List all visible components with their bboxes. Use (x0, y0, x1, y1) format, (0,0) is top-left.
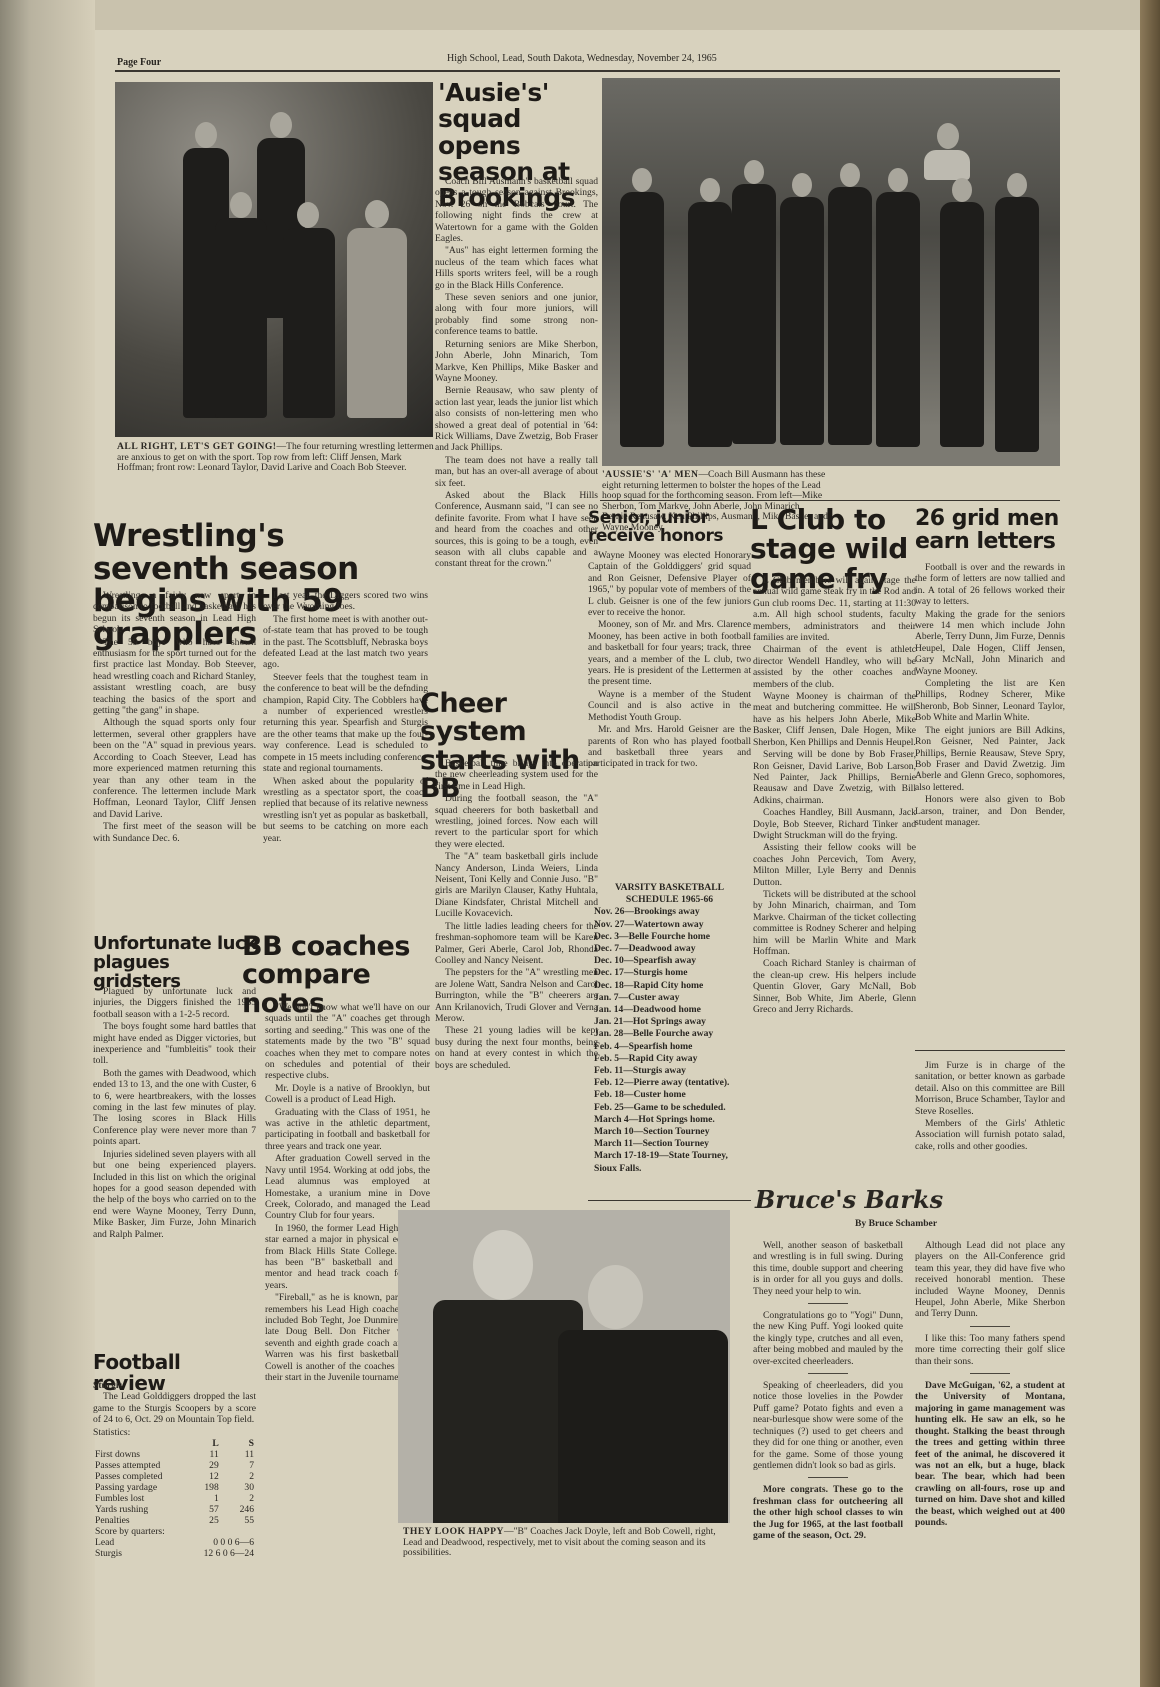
schedule-item: Jan. 28—Belle Fourche away (594, 1028, 751, 1040)
table-row: Penalties2555 (93, 1515, 256, 1526)
table-row: Sturgis12 6 0 6—24 (93, 1548, 256, 1559)
schedule-item: Jan. 21—Hot Springs away (594, 1016, 751, 1028)
football-stats-table: LS First downs1111 Passes attempted297 P… (93, 1438, 256, 1559)
aussies-team-photo (602, 78, 1060, 466)
page-label: Page Four (117, 57, 161, 68)
schedule-item: Feb. 5—Rapid City away (594, 1053, 751, 1065)
schedule-item: Jan. 14—Deadwood home (594, 1004, 751, 1016)
wrestling-article-col2: Last year, the Diggers scored two wins o… (263, 590, 428, 845)
cheer-article: Basketball time brings into operation th… (435, 758, 598, 1072)
table-row: First downs1111 (93, 1449, 256, 1460)
newspaper-page: Page Four High School, Lead, South Dakot… (95, 30, 1140, 1687)
table-row: Yards rushing57246 (93, 1504, 256, 1515)
next-page-edge (1140, 0, 1160, 1687)
football-review-article: Sturgis The Lead Golddiggers dropped the… (93, 1380, 256, 1559)
schedule-rule (588, 1200, 751, 1201)
table-row: Passes completed122 (93, 1471, 256, 1482)
coaches-photo (398, 1210, 730, 1523)
schedule-item: Dec. 3—Belle Fourche home (594, 931, 751, 943)
table-row: Lead0 0 0 6—6 (93, 1537, 256, 1548)
schedule-item: Jan. 7—Custer away (594, 992, 751, 1004)
bruces-barks-headline: Bruce's Barks (755, 1185, 1055, 1214)
schedule-item: March 11—Section Tourney (594, 1138, 751, 1150)
schedule-item: Dec. 17—Sturgis home (594, 967, 751, 979)
page-binding-edge (0, 0, 95, 1687)
table-row: Passing yardage19830 (93, 1482, 256, 1493)
wrestling-article-col1: Wrestling, a fairly new sport in compari… (93, 590, 256, 845)
grid-letters-headline: 26 grid men earn letters (915, 507, 1065, 553)
grid-letters-article: Football is over and the rewards in the … (915, 562, 1065, 829)
schedule-item: March 4—Hot Springs home. (594, 1114, 751, 1126)
schedule-item: Nov. 27—Watertown away (594, 919, 751, 931)
schedule-item: Feb. 4—Spearfish home (594, 1041, 751, 1053)
bruces-barks-col2: Although Lead did not place any players … (915, 1240, 1065, 1529)
wrestling-photo-caption: ALL RIGHT, LET'S GET GOING!—The four ret… (117, 442, 435, 474)
masthead-rule (115, 70, 1060, 72)
ausies-article: Coach Bill Ausmann's basketball squad op… (435, 176, 598, 571)
gridsters-headline: Unfortunate luck plagues gridsters (93, 935, 258, 992)
schedule-item: March 17-18-19—State Tourney, Sioux Fall… (594, 1150, 751, 1174)
honors-article: Wayne Mooney was elected Honorary Captai… (588, 550, 751, 771)
schedule-item: Dec. 18—Rapid City home (594, 980, 751, 992)
schedule-item: Nov. 26—Brookings away (594, 906, 751, 918)
gridsters-article: Plagued by unfortunate luck and injuries… (93, 986, 256, 1241)
grid-letters-rule (915, 1050, 1065, 1051)
honors-headline: Senior, junior receive honors (588, 510, 748, 546)
basketball-schedule: VARSITY BASKETBALL SCHEDULE 1965-66 Nov.… (588, 882, 751, 1175)
schedule-item: Feb. 25—Game to be scheduled. (594, 1102, 751, 1114)
schedule-item: March 10—Section Tourney (594, 1126, 751, 1138)
aussies-caption-rule (600, 500, 1060, 501)
schedule-item: Dec. 10—Spearfish away (594, 955, 751, 967)
bruces-barks-byline: By Bruce Schamber (855, 1218, 937, 1229)
wrestling-team-photo (115, 82, 433, 437)
table-row: Passes attempted297 (93, 1460, 256, 1471)
lclub-article-continued: Jim Furze is in charge of the sanitation… (915, 1060, 1065, 1153)
schedule-item: Feb. 12—Pierre away (tentative). (594, 1077, 751, 1089)
schedule-item: Feb. 11—Sturgis away (594, 1065, 751, 1077)
schedule-item: Dec. 7—Deadwood away (594, 943, 751, 955)
coaches-photo-caption: THEY LOOK HAPPY—"B" Coaches Jack Doyle, … (403, 1527, 733, 1559)
lclub-article: L Club members will again stage the annu… (753, 575, 916, 1016)
schedule-item: Feb. 18—Custer home (594, 1089, 751, 1101)
table-row: Fumbles lost12 (93, 1493, 256, 1504)
bruces-barks-col1: Well, another season of basketball and w… (753, 1240, 903, 1542)
dateline: High School, Lead, South Dakota, Wednesd… (447, 53, 717, 64)
